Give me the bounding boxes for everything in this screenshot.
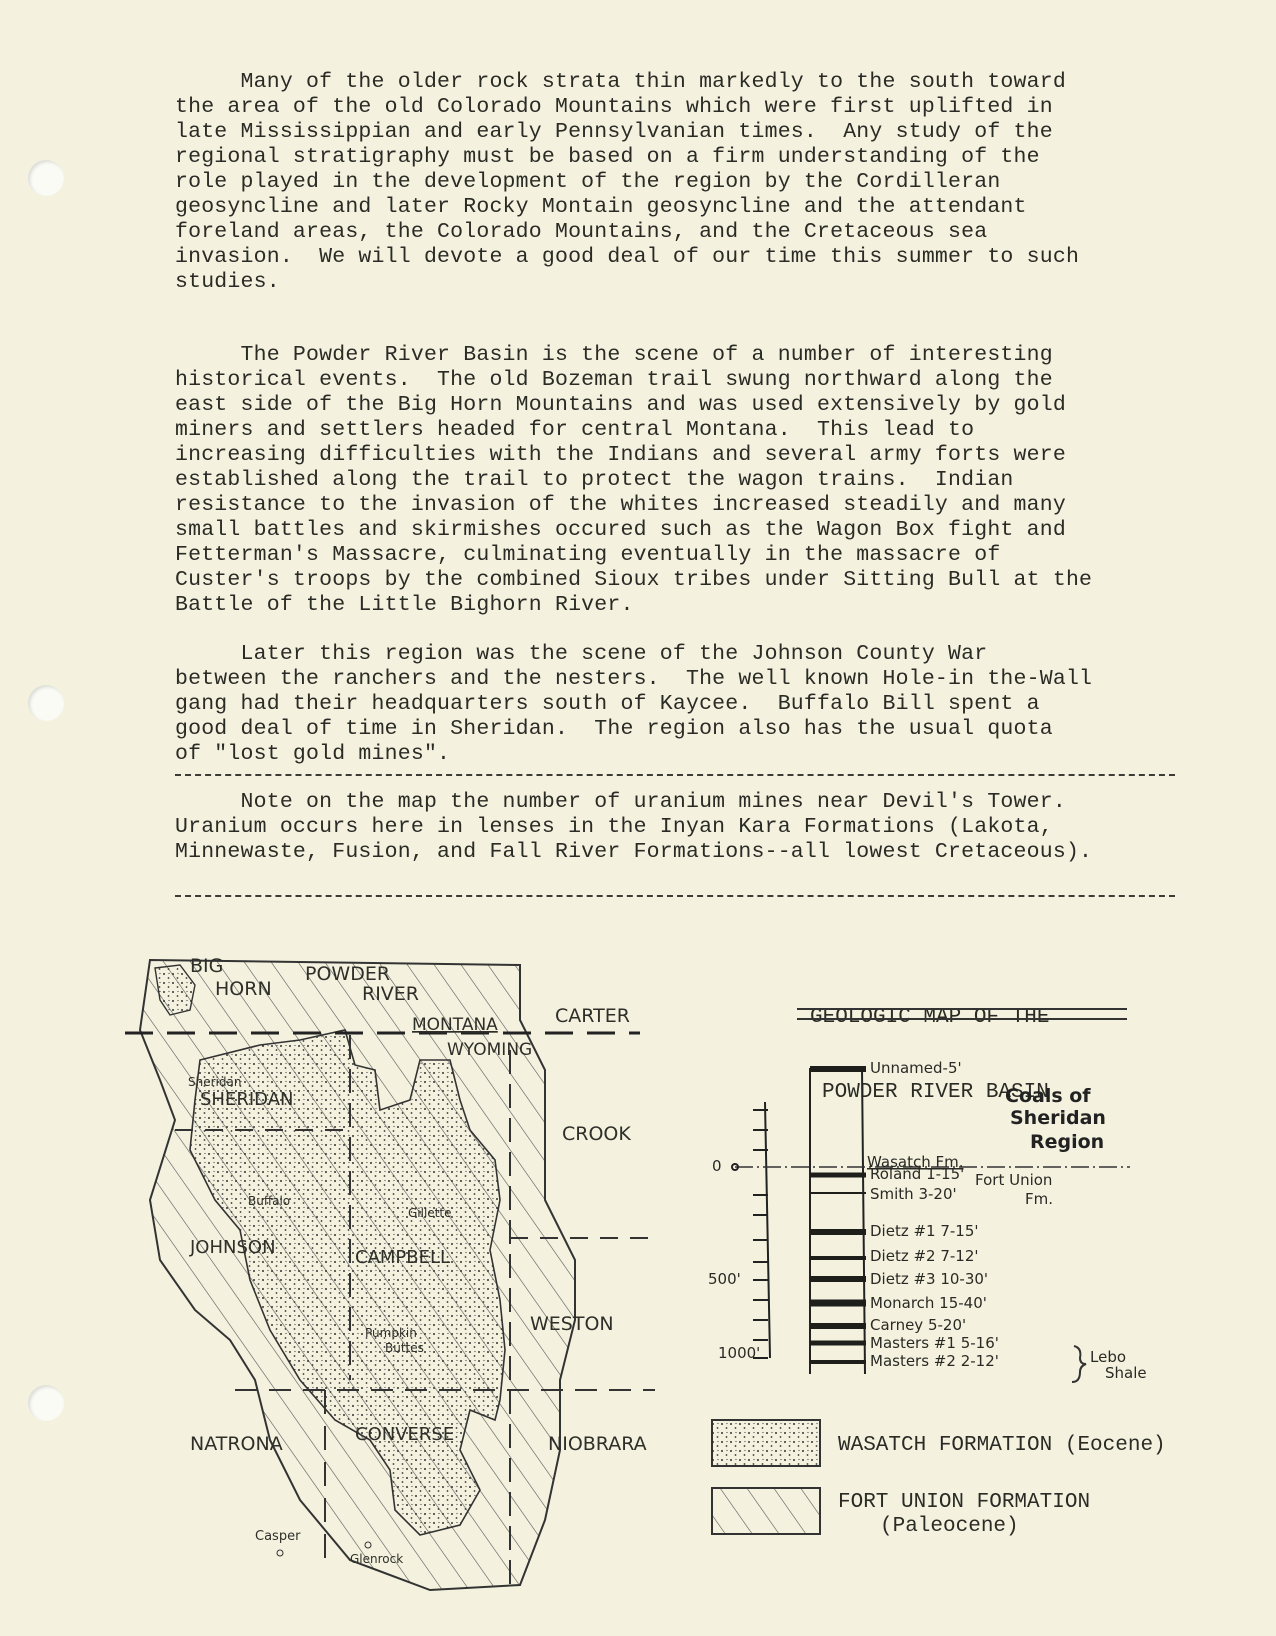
label-fort-union-fm: Fort Union xyxy=(975,1171,1052,1189)
coal-heading-2: Sheridan xyxy=(1010,1107,1106,1129)
label-powder: POWDER xyxy=(305,963,390,985)
town-pumpkin-buttes-2: Buttes xyxy=(385,1341,424,1355)
coal-heading-1: Coals of xyxy=(1005,1085,1091,1107)
svg-text:0: 0 xyxy=(712,1157,722,1175)
coal-heading-3: Region xyxy=(1030,1131,1104,1153)
coal-seam-label: Masters #2 2-12' xyxy=(870,1352,999,1370)
svg-text:500': 500' xyxy=(708,1270,741,1288)
label-sheridan-county: SHERIDAN xyxy=(200,1089,293,1110)
town-glenrock: Glenrock xyxy=(350,1552,403,1566)
label-natrona: NATRONA xyxy=(190,1433,283,1455)
label-campbell: CAMPBELL xyxy=(355,1247,450,1268)
label-wasatch-fm: Wasatch Fm. xyxy=(867,1153,963,1171)
legend-fort-union-swatch xyxy=(712,1488,820,1534)
label-johnson: JOHNSON xyxy=(189,1237,276,1258)
legend-wasatch-label: WASATCH FORMATION (Eocene) xyxy=(838,1433,1166,1458)
label-horn: HORN xyxy=(215,978,272,1000)
svg-text:1000': 1000' xyxy=(718,1344,760,1362)
legend-wasatch-swatch xyxy=(712,1420,820,1466)
label-weston: WESTON xyxy=(530,1313,614,1335)
coal-seam-label: Masters #1 5-16' xyxy=(870,1334,999,1352)
label-niobrara: NIOBRARA xyxy=(548,1433,647,1455)
town-pumpkin-buttes: Pumpkin xyxy=(365,1326,417,1340)
svg-text:Shale: Shale xyxy=(1105,1364,1147,1382)
label-converse: CONVERSE xyxy=(355,1424,454,1445)
coal-seam-label: Unnamed-5' xyxy=(870,1059,962,1077)
town-sheridan: Sheridan xyxy=(188,1075,241,1089)
legend-fort-union-label: FORT UNION FORMATION xyxy=(838,1490,1090,1515)
legend-fort-union-epoch: (Paleocene) xyxy=(880,1514,1019,1539)
label-crook: CROOK xyxy=(562,1123,631,1145)
label-montana: MONTANA xyxy=(412,1015,498,1035)
coal-stratigraphic-column: Unnamed-5'Roland 1-15'Smith 3-20'Dietz #… xyxy=(708,1059,1147,1382)
town-casper: Casper xyxy=(255,1529,301,1544)
label-carter: CARTER xyxy=(555,1005,630,1027)
coal-seam-label: Smith 3-20' xyxy=(870,1185,957,1203)
coal-seam-label: Dietz #3 10-30' xyxy=(870,1270,988,1288)
town-buffalo: Buffalo xyxy=(248,1194,290,1208)
svg-text:Fm.: Fm. xyxy=(1025,1190,1053,1208)
town-gillette: Gillette xyxy=(408,1206,451,1220)
coal-seam-label: Monarch 15-40' xyxy=(870,1294,987,1312)
coal-seam-label: Dietz #2 7-12' xyxy=(870,1247,979,1265)
label-big-horn: BIG xyxy=(190,955,223,977)
geologic-map: BIG HORN POWDER RIVER CARTER MONTANA WYO… xyxy=(0,0,1276,1636)
coal-seam-label: Dietz #1 7-15' xyxy=(870,1222,979,1240)
label-wyoming: WYOMING xyxy=(447,1040,532,1060)
label-river: RIVER xyxy=(362,983,419,1005)
coal-seam-label: Carney 5-20' xyxy=(870,1316,966,1334)
